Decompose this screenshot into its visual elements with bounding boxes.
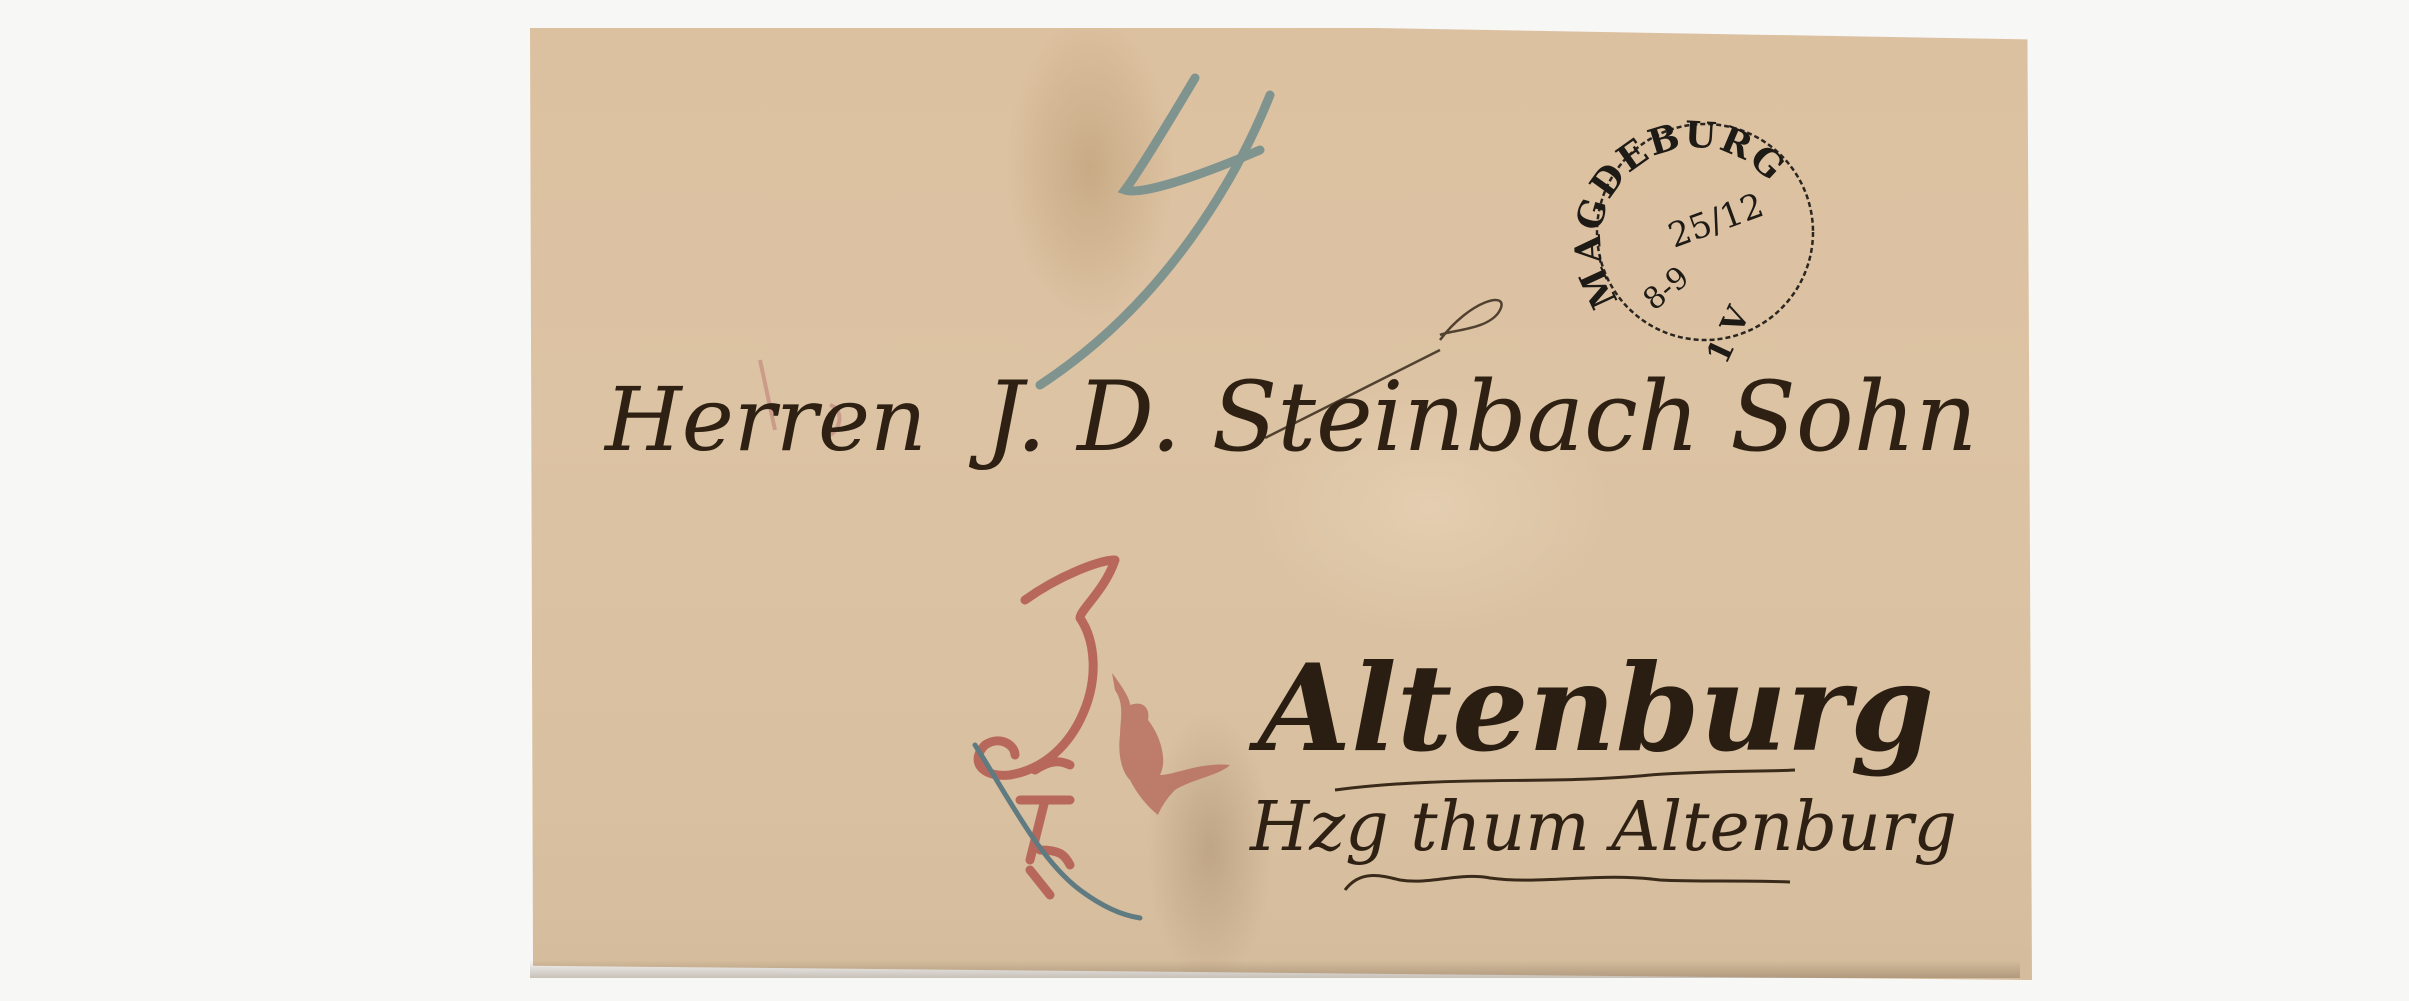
postmark-time: 8-9 — [1637, 260, 1697, 318]
address-line-recipient: Herren J. D. Steinbach Sohn — [603, 361, 1977, 473]
recipient-text: J. D. Steinbach Sohn — [968, 361, 1977, 473]
city-text: Altenburg — [1248, 638, 1934, 779]
postmark-date: 25/12 — [1663, 185, 1769, 256]
region-text: Hzg thum Altenburg — [1248, 788, 1957, 867]
red-rate-mark-blot — [1112, 673, 1230, 815]
handwriting-layer: MAGDEBURG 25/12 8-9 1 V Herren J. D. Ste… — [0, 0, 2409, 1001]
region-underline — [1345, 876, 1790, 890]
postmark-magdeburg: MAGDEBURG 25/12 8-9 1 V — [1567, 114, 1813, 370]
red-rate-mark-3 — [978, 560, 1115, 895]
address-line-city: Altenburg — [1248, 638, 1934, 779]
salutation-text: Herren — [603, 368, 927, 471]
address-line-region: Hzg thum Altenburg — [1248, 788, 1957, 867]
blue-rate-mark-4 — [1040, 78, 1270, 385]
postmark-suffix: 1 V — [1699, 299, 1759, 369]
scan-scene: MAGDEBURG 25/12 8-9 1 V Herren J. D. Ste… — [0, 0, 2409, 1001]
